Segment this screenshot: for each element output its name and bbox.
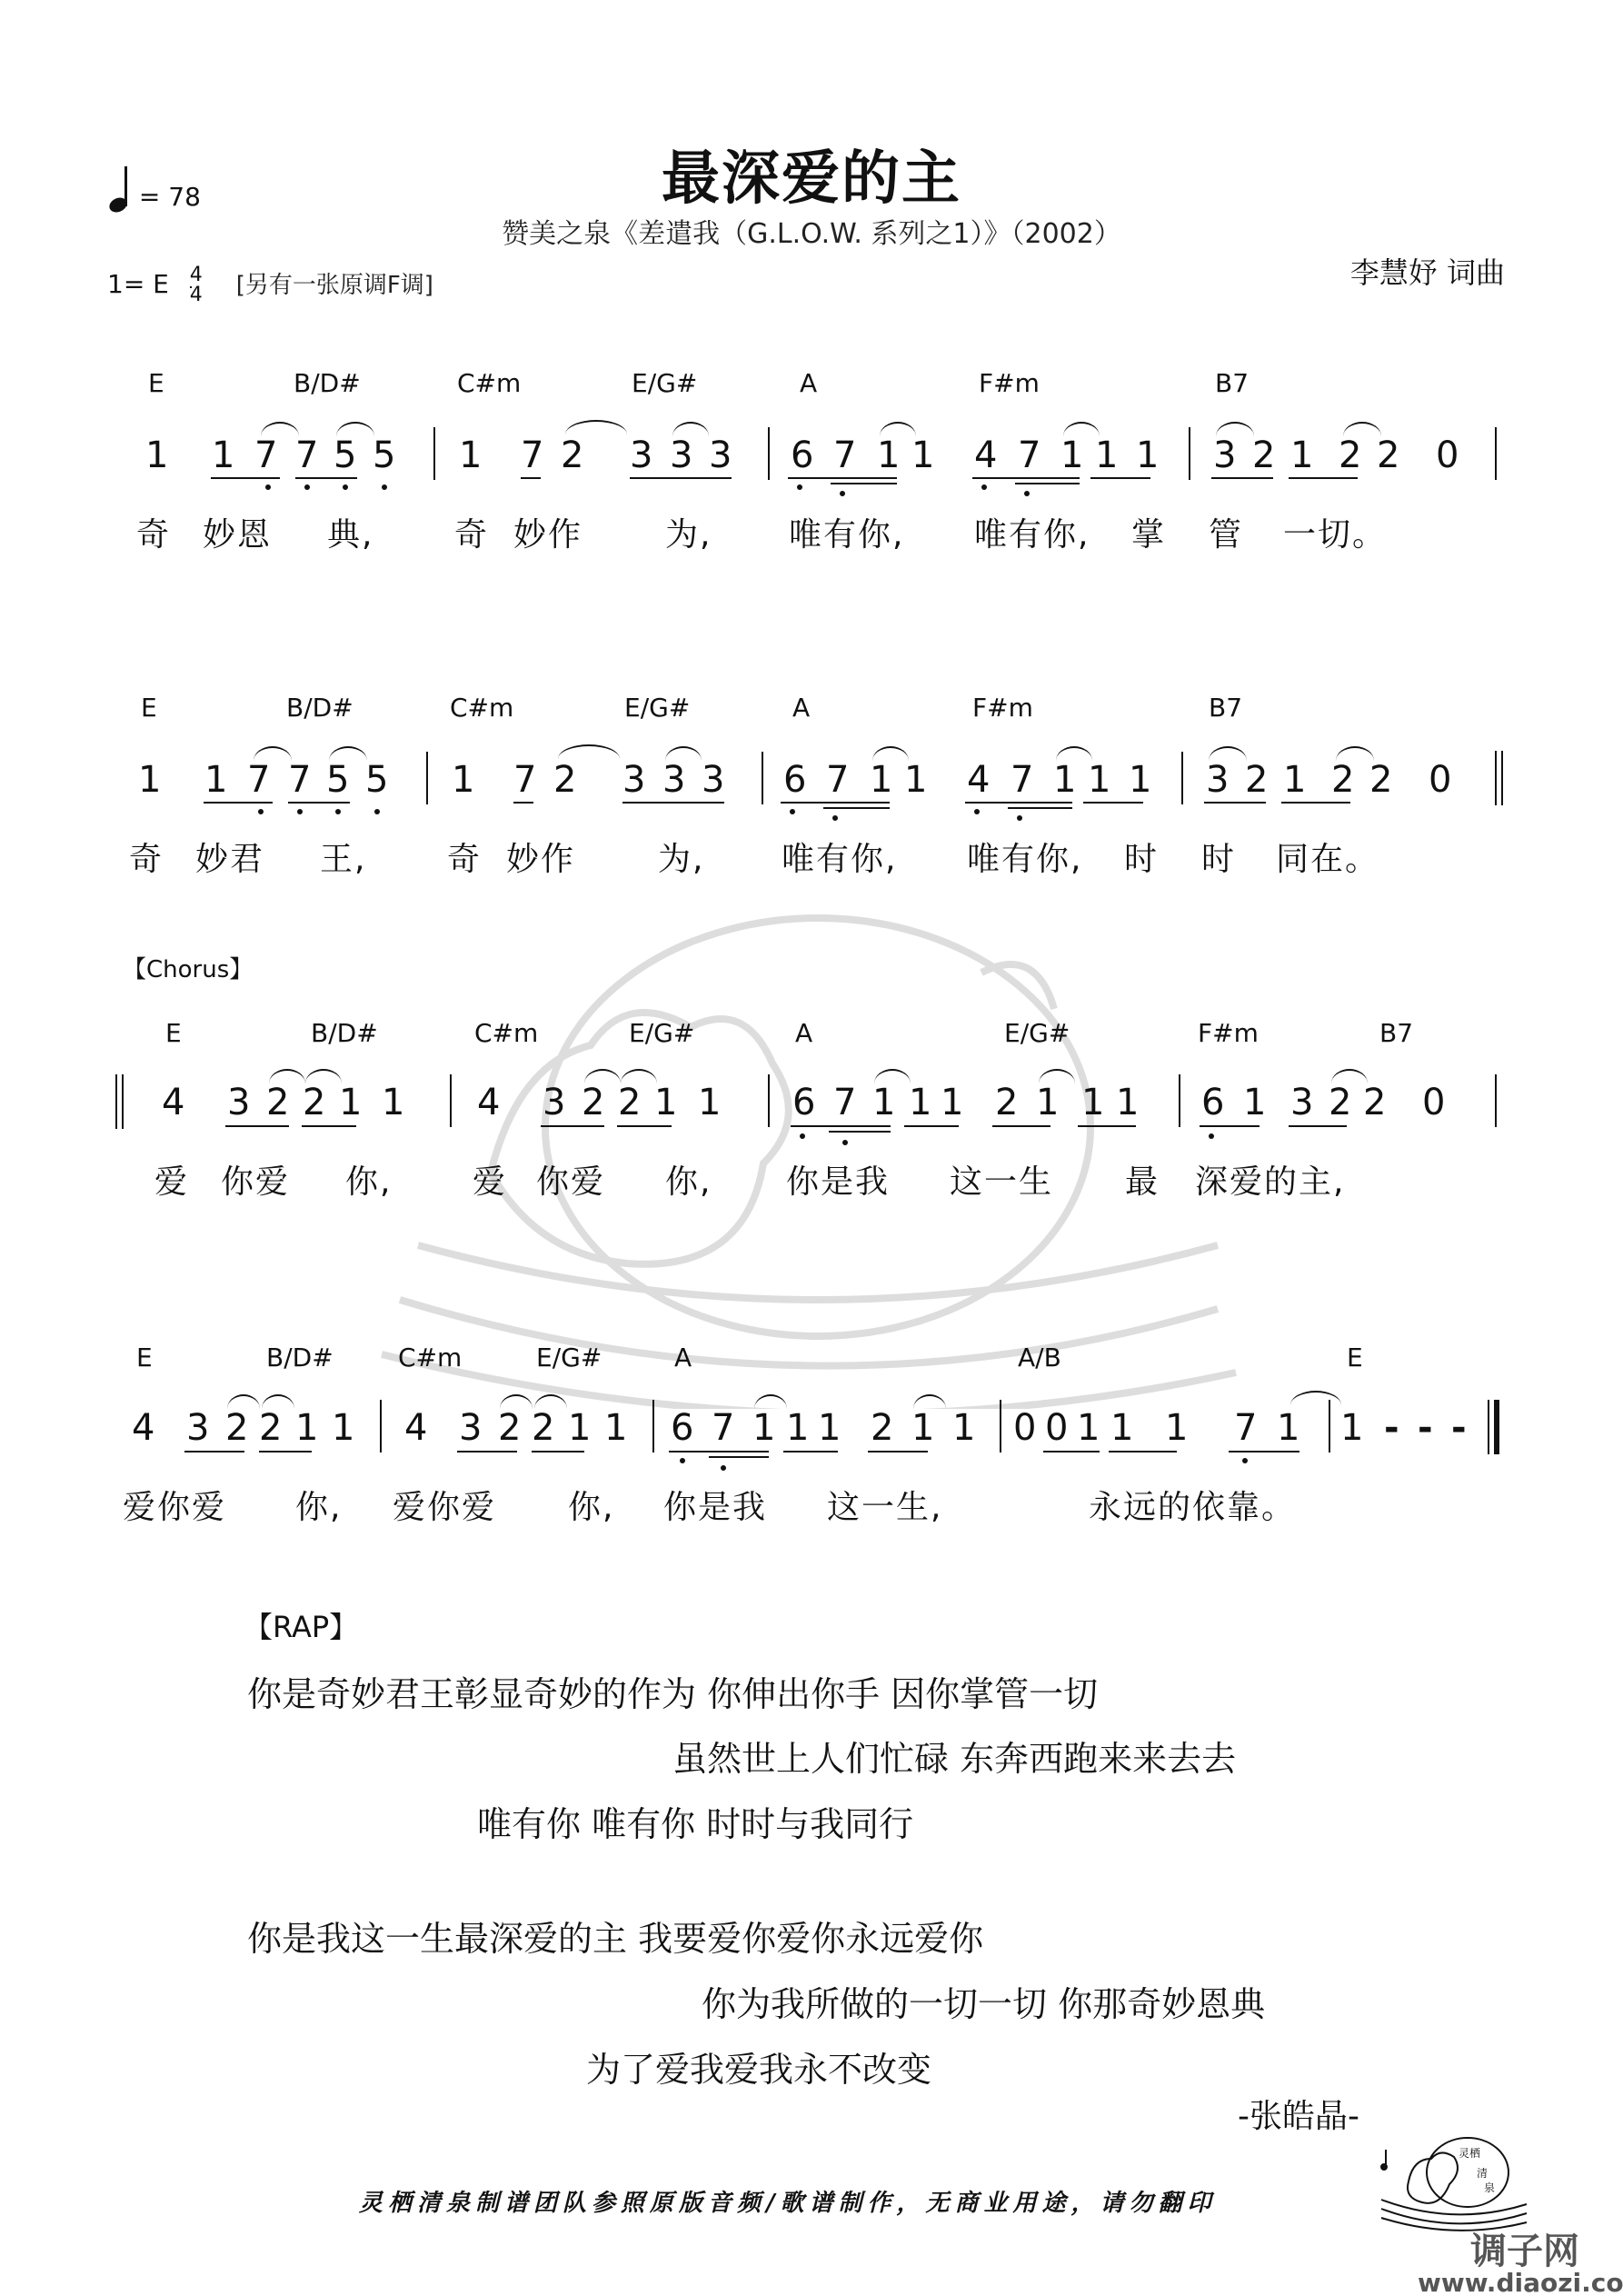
- barline: [1189, 427, 1190, 480]
- lyric: 妙作: [513, 509, 582, 555]
- note: 1: [872, 1082, 895, 1123]
- lyric: 典,: [327, 509, 373, 555]
- note: 1: [459, 434, 482, 476]
- chord: F#m: [979, 368, 1040, 398]
- note: 3: [1290, 1082, 1313, 1123]
- note: 2: [532, 1407, 554, 1449]
- note: 1: [877, 434, 900, 476]
- chord: A/B: [1018, 1343, 1061, 1373]
- copyright-notice: 灵栖清泉制谱团队参照原版音频/歌谱制作，无商业用途，请勿翻印: [359, 2184, 1217, 2218]
- note: 1: [339, 1082, 362, 1123]
- note: 3: [543, 1082, 565, 1123]
- note: 3: [709, 434, 732, 476]
- note: 2: [553, 759, 576, 801]
- barline: [768, 1074, 770, 1127]
- note: 7: [826, 759, 849, 801]
- chord: B/D#: [286, 693, 353, 723]
- lyric: 永远的依靠。: [1089, 1482, 1296, 1528]
- note: 1: [911, 434, 934, 476]
- note: 2: [1363, 1082, 1386, 1123]
- note: 0: [1045, 1407, 1068, 1449]
- chord: B7: [1215, 368, 1249, 398]
- barline: [1495, 1074, 1497, 1127]
- lyric: 奇: [129, 834, 164, 880]
- svg-text:灵栖: 灵栖: [1459, 2146, 1480, 2160]
- chord: E: [141, 693, 157, 723]
- rap-line: 唯有你 唯有你 时时与我同行: [477, 1796, 913, 1846]
- chord: F#m: [972, 693, 1033, 723]
- lyric: 为,: [665, 509, 712, 555]
- lyric: 唯有你,: [782, 834, 897, 880]
- time-signature: 4 4: [190, 265, 203, 305]
- note: -: [1418, 1407, 1433, 1449]
- rap-line: 你是我这一生最深爱的主 我要爱你爱你永远爱你: [247, 1911, 983, 1961]
- note: 2: [498, 1407, 521, 1449]
- lyric: 这一生: [950, 1156, 1053, 1203]
- barline: [426, 752, 428, 804]
- chord: B/D#: [294, 368, 361, 398]
- chord: E/G#: [624, 693, 690, 723]
- note: 7: [833, 434, 856, 476]
- note: 1: [145, 434, 168, 476]
- note: 1: [204, 759, 227, 801]
- key-signature-line: 1= E 4 4 [另有一张原调F调]: [107, 265, 433, 305]
- lyric: 这一生,: [827, 1482, 942, 1528]
- composer-credit: 李慧妤 词曲: [1350, 250, 1505, 292]
- note: 1: [911, 1407, 934, 1449]
- lyric: 奇: [454, 509, 489, 555]
- album-subtitle: 赞美之泉《差遣我（G.L.O.W. 系列之1）》（2002）: [0, 211, 1623, 251]
- note: 1: [452, 759, 474, 801]
- note: 1: [604, 1407, 627, 1449]
- note: 1: [295, 1407, 318, 1449]
- note: 7: [833, 1082, 856, 1123]
- note: 1: [1129, 759, 1151, 801]
- double-barline: [115, 1074, 117, 1129]
- sheep-logo-icon: 灵栖 清 泉: [1377, 2131, 1531, 2231]
- lyric: 爱: [473, 1156, 507, 1203]
- rap-line: 你是奇妙君王彰显奇妙的作为 你伸出你手 因你掌管一切: [247, 1666, 1098, 1716]
- note: 5: [326, 759, 349, 801]
- barline: [433, 427, 435, 480]
- site-brand: 调子网: [1470, 2222, 1579, 2274]
- note: 1: [1283, 759, 1306, 801]
- lyric: 你,: [665, 1156, 712, 1203]
- note: 2: [1369, 759, 1392, 801]
- barline: [1000, 1400, 1001, 1452]
- lyric: 最: [1125, 1156, 1160, 1203]
- lyric: 你,: [568, 1482, 614, 1528]
- chord: E/G#: [632, 368, 697, 398]
- note: 2: [995, 1082, 1018, 1123]
- note: 1: [1243, 1082, 1266, 1123]
- note: 0: [1422, 1082, 1445, 1123]
- note: 1: [1077, 1407, 1100, 1449]
- note: 7: [247, 759, 270, 801]
- note: 1: [654, 1082, 677, 1123]
- note: 1: [1088, 759, 1110, 801]
- note: 6: [792, 1082, 815, 1123]
- note: 3: [670, 434, 692, 476]
- lyric: 你爱: [221, 1156, 290, 1203]
- note: 6: [1201, 1082, 1224, 1123]
- note: 2: [1329, 1082, 1351, 1123]
- lyric: 时: [1124, 834, 1159, 880]
- note: 2: [1245, 759, 1268, 801]
- note: 1: [382, 1082, 404, 1123]
- chord: C#m: [474, 1018, 538, 1048]
- time-sig-bottom: 4: [190, 285, 203, 305]
- note: 1: [1095, 434, 1118, 476]
- note: 3: [186, 1407, 209, 1449]
- lyric: 管: [1209, 509, 1243, 555]
- note: 3: [227, 1082, 250, 1123]
- note: 7: [1018, 434, 1041, 476]
- lingqi-logo: 灵栖 清 泉 灵栖清泉: [1377, 2131, 1531, 2231]
- double-barline: [122, 1074, 124, 1129]
- rap-credit: -张皓晶-: [1238, 2091, 1359, 2137]
- time-sig-top: 4: [190, 265, 203, 285]
- chord: B7: [1209, 693, 1242, 723]
- note: 7: [1011, 759, 1033, 801]
- svg-text:清: 清: [1477, 2166, 1488, 2180]
- lyric: 你,: [295, 1482, 342, 1528]
- note: 1: [138, 759, 161, 801]
- lyric: 唯有你,: [967, 834, 1082, 880]
- lyric: 王,: [320, 834, 366, 880]
- note: 5: [334, 434, 356, 476]
- note: 1: [1277, 1407, 1299, 1449]
- lyric: 你爱: [536, 1156, 605, 1203]
- double-barline: [1495, 751, 1497, 805]
- chord: A: [800, 368, 817, 398]
- chord: B7: [1379, 1018, 1413, 1048]
- note: 1: [1136, 434, 1159, 476]
- site-url[interactable]: www.diaozi.com: [1418, 2268, 1623, 2296]
- lyric: 妙君: [195, 834, 264, 880]
- note: 6: [671, 1407, 693, 1449]
- lyric: 掌: [1131, 509, 1166, 555]
- chord: E/G#: [1004, 1018, 1070, 1048]
- note: 4: [132, 1407, 154, 1449]
- barline: [450, 1074, 452, 1127]
- note: 1: [909, 1082, 931, 1123]
- lyric: 唯有你,: [974, 509, 1090, 555]
- chord: E: [136, 1343, 153, 1373]
- note: 1: [1036, 1082, 1059, 1123]
- chord: E/G#: [536, 1343, 602, 1373]
- note: 2: [259, 1407, 282, 1449]
- lyric: 爱你爱: [393, 1482, 496, 1528]
- lyric: 爱: [154, 1156, 189, 1203]
- note: -: [1451, 1407, 1467, 1449]
- barline: [1179, 1074, 1180, 1127]
- barline: [1495, 427, 1497, 480]
- note: 2: [561, 434, 583, 476]
- note: 3: [622, 759, 645, 801]
- note: 1: [1060, 434, 1083, 476]
- chord: C#m: [450, 693, 513, 723]
- chord: A: [795, 1018, 812, 1048]
- note: 4: [967, 759, 990, 801]
- rap-line: 为了爱我爱我永不改变: [586, 2041, 931, 2091]
- note: 3: [662, 759, 685, 801]
- lyric: 一切。: [1283, 509, 1387, 555]
- barline: [762, 752, 763, 804]
- note: 7: [513, 759, 536, 801]
- lyric: 爱你爱: [123, 1482, 226, 1528]
- note: 1: [698, 1082, 721, 1123]
- note: 4: [477, 1082, 500, 1123]
- note: 1: [1290, 434, 1313, 476]
- section-label-chorus: 【Chorus】: [123, 951, 253, 984]
- rap-line: 虽然世上人们忙碌 东奔西跑来来去去: [672, 1731, 1236, 1781]
- chord: C#m: [457, 368, 521, 398]
- note: 1: [786, 1407, 809, 1449]
- note: 3: [630, 434, 652, 476]
- note: 0: [1013, 1407, 1036, 1449]
- note: 2: [1252, 434, 1275, 476]
- note: 2: [266, 1082, 289, 1123]
- sheep-watermark-icon: [345, 900, 1272, 1409]
- chord: A: [674, 1343, 692, 1373]
- note: 1: [1340, 1407, 1363, 1449]
- note: 3: [1213, 434, 1236, 476]
- alternate-key-note: [另有一张原调F调]: [236, 272, 433, 299]
- note: 2: [1377, 434, 1399, 476]
- note: 1: [332, 1407, 354, 1449]
- note: 4: [162, 1082, 184, 1123]
- key-signature: 1= E: [107, 269, 169, 299]
- note: 7: [712, 1407, 734, 1449]
- barline: [1181, 752, 1183, 804]
- barline: [1329, 1400, 1330, 1452]
- note: 2: [303, 1082, 325, 1123]
- note: 0: [1429, 759, 1451, 801]
- note: 1: [212, 434, 234, 476]
- note: 4: [974, 434, 997, 476]
- note: 1: [941, 1082, 963, 1123]
- rap-line: 你为我所做的一切一切 你那奇妙恩典: [702, 1976, 1265, 2026]
- note: 7: [288, 759, 311, 801]
- lyric: 你是我: [786, 1156, 890, 1203]
- note: 0: [1436, 434, 1459, 476]
- lyric: 为,: [658, 834, 704, 880]
- lyric: 你是我: [663, 1482, 767, 1528]
- chord: C#m: [398, 1343, 462, 1373]
- note: 1: [568, 1407, 591, 1449]
- note: 1: [1116, 1082, 1139, 1123]
- note: -: [1384, 1407, 1399, 1449]
- note: 1: [904, 759, 927, 801]
- chord: E: [148, 368, 164, 398]
- note: 2: [225, 1407, 248, 1449]
- chord: A: [792, 693, 810, 723]
- lyric: 时: [1201, 834, 1236, 880]
- note: 1: [1053, 759, 1076, 801]
- chord: E/G#: [629, 1018, 694, 1048]
- note: 1: [870, 759, 892, 801]
- rap-heading: 【RAP】: [244, 1604, 358, 1646]
- note: 3: [1206, 759, 1229, 801]
- note: 7: [1234, 1407, 1257, 1449]
- note: 5: [373, 434, 395, 476]
- barline: [380, 1400, 382, 1452]
- chord: E: [1347, 1343, 1363, 1373]
- note: 6: [783, 759, 806, 801]
- lyric: 深爱的主,: [1195, 1156, 1345, 1203]
- note: 3: [459, 1407, 482, 1449]
- note: 2: [1339, 434, 1361, 476]
- note: 2: [871, 1407, 893, 1449]
- note: 2: [618, 1082, 641, 1123]
- chord: E: [165, 1018, 182, 1048]
- lyric: 妙作: [506, 834, 575, 880]
- note: 1: [1110, 1407, 1133, 1449]
- lyric: 奇: [136, 509, 171, 555]
- barline: [768, 427, 770, 480]
- note: 5: [365, 759, 388, 801]
- note: 1: [1165, 1407, 1188, 1449]
- svg-text:泉: 泉: [1484, 2181, 1495, 2194]
- final-barline: [1494, 1400, 1499, 1454]
- lyric: 你,: [345, 1156, 392, 1203]
- note: 7: [254, 434, 277, 476]
- lyric: 奇: [447, 834, 482, 880]
- lyric: 妙恩: [203, 509, 272, 555]
- final-barline: [1488, 1400, 1489, 1454]
- note: 7: [521, 434, 543, 476]
- barline: [652, 1400, 654, 1452]
- note: 3: [702, 759, 724, 801]
- lyric: 同在。: [1276, 834, 1379, 880]
- song-title: 最深爱的主: [0, 132, 1623, 215]
- chord: B/D#: [311, 1018, 378, 1048]
- note: 1: [952, 1407, 975, 1449]
- note: 7: [295, 434, 318, 476]
- double-barline: [1501, 751, 1503, 805]
- note: 1: [1081, 1082, 1104, 1123]
- chord: B/D#: [266, 1343, 334, 1373]
- note: 2: [1331, 759, 1354, 801]
- note: 1: [818, 1407, 841, 1449]
- note: 6: [791, 434, 813, 476]
- note: 4: [404, 1407, 427, 1449]
- note: 2: [582, 1082, 604, 1123]
- note: 1: [752, 1407, 775, 1449]
- chord: F#m: [1198, 1018, 1259, 1048]
- lyric: 唯有你,: [789, 509, 904, 555]
